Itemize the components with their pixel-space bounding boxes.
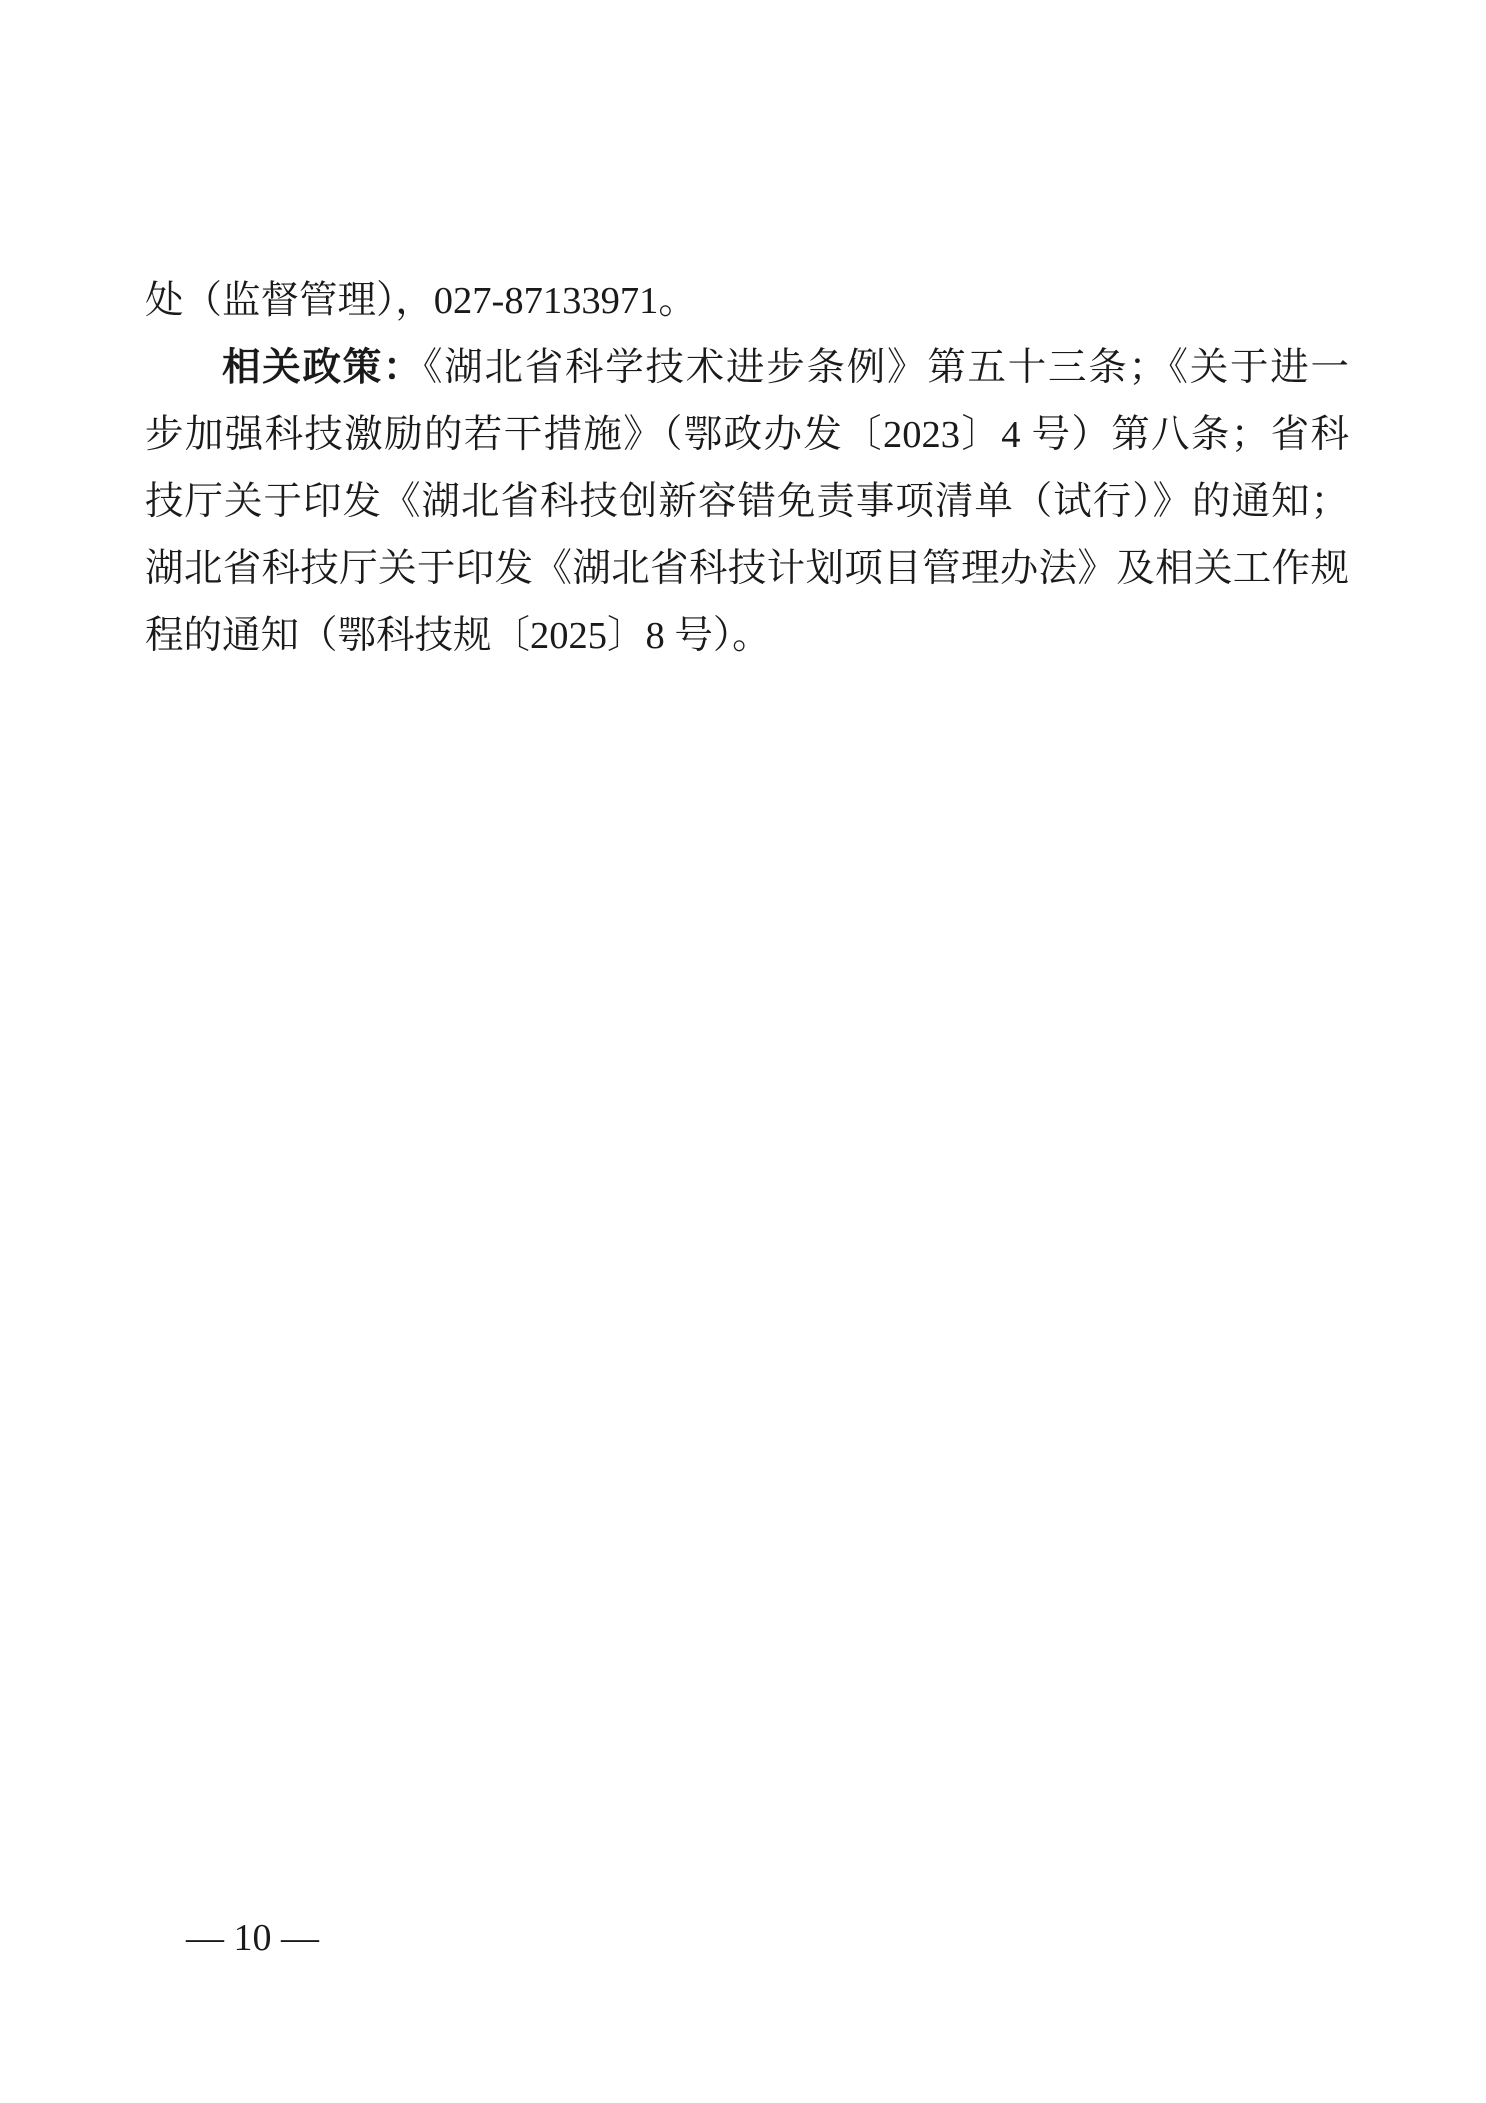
document-page: 处（监督管理），027-87133971。 相关政策：《湖北省科学技术进步条例》… [0, 0, 1486, 2103]
document-body: 处（监督管理），027-87133971。 相关政策：《湖北省科学技术进步条例》… [145, 268, 1349, 670]
page-number: — 10 — [186, 1916, 319, 1960]
policy-paragraph-line-1: 相关政策：《湖北省科学技术进步条例》第五十三条；《关于进一 [145, 335, 1349, 402]
policy-paragraph-line-4: 湖北省科技厅关于印发《湖北省科技计划项目管理办法》及相关工作规 [145, 536, 1349, 603]
policy-paragraph-line-3: 技厅关于印发《湖北省科技创新容错免责事项清单（试行）》的通知； [145, 469, 1349, 536]
policy-label: 相关政策： [222, 347, 423, 389]
policy-paragraph-line-2: 步加强科技激励的若干措施》（鄂政办发〔2023〕4 号）第八条；省科 [145, 402, 1349, 469]
policy-line-1-text: 《湖北省科学技术进步条例》第五十三条；《关于进一 [423, 347, 1349, 389]
paragraph1-end-line: 处（监督管理），027-87133971。 [145, 268, 1349, 335]
policy-paragraph-line-5: 程的通知（鄂科技规〔2025〕8 号）。 [145, 603, 1349, 670]
